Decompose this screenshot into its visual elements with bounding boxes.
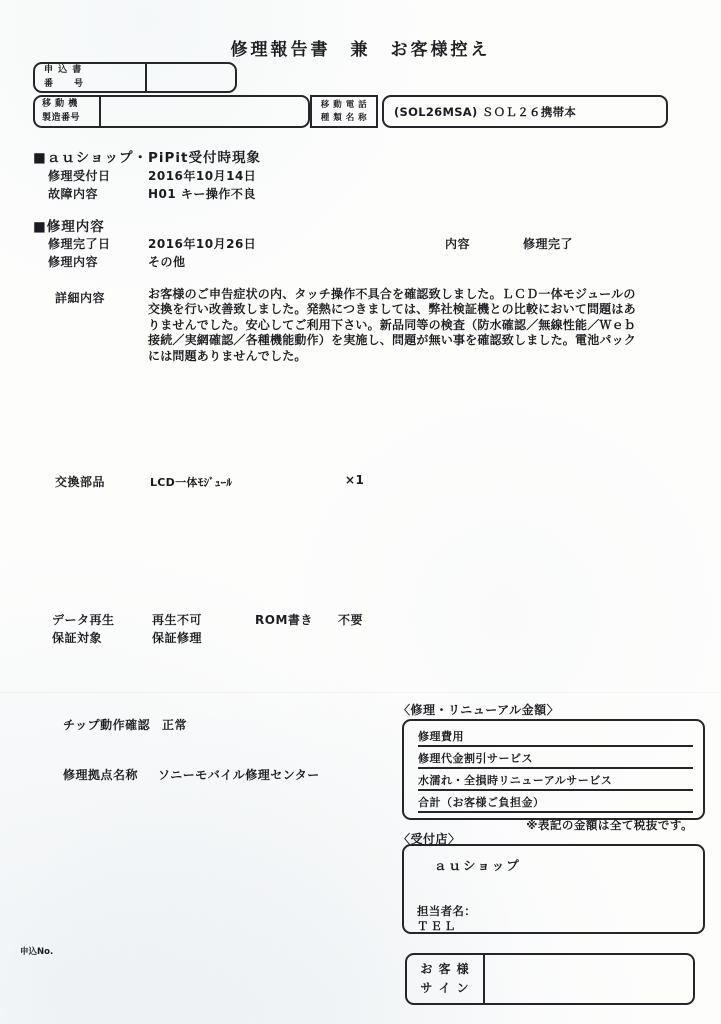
fee-row-label: 修理代金割引サービス [418,747,693,769]
reception-date-label: 修理受付日 [48,167,111,184]
detail-text: お客様のご申告症状の内、タッチ操作不具合を確認致しました。ＬＣＤ一体モジュールの… [148,287,710,364]
section-heading-reception: ■ａｕショップ・PiPit受付時現象 [33,146,261,166]
repair-type-label: 修理内容 [48,253,98,270]
repair-done-value: 2016年10月26日 [148,235,256,252]
phone-type-box: (SOL26MSA) ＳＯＬ２６携帯本 [382,95,668,128]
application-number-label-cell: 申 込 書 番 号 [35,64,147,91]
shop-name: ａｕショップ [434,856,521,874]
application-number-box: 申 込 書 番 号 [33,62,237,93]
chip-check-label: チップ動作確認 [63,716,150,733]
reception-date-value: 2016年10月14日 [148,167,256,184]
parts-name: LCD一体ﾓｼﾞｭｰﾙ [150,474,232,490]
phone-type-label-cell: 移 動 電 話 種 類 名 称 [310,95,378,128]
shop-tel-label: ＴＥＬ [417,918,458,934]
repair-type-value: その他 [148,253,186,270]
customer-sign-label-cell: お 客 様 サ イ ン [407,955,485,1003]
application-number-value [147,64,235,91]
fee-row-label: 合計（お客様ご負担金） [418,791,693,813]
device-serial-box: 移 動 機 製造番号 [33,95,310,128]
fault-value: H01 キー操作不良 [148,185,256,202]
fee-box: 修理費用 修理代金割引サービス 水濡れ・全損時リニューアルサービス 合計（お客様… [402,719,705,820]
device-serial-label-cell: 移 動 機 製造番号 [35,97,101,126]
shop-box: ａｕショップ 担当者名： ＴＥＬ [402,844,705,934]
parts-label: 交換部品 [55,473,105,490]
repair-done-label: 修理完了日 [48,235,111,252]
repair-center-label: 修理拠点名称 [63,766,138,783]
fee-row-label: 水濡れ・全損時リニューアルサービス [418,769,693,791]
rom-write-value: 不要 [338,611,363,628]
fee-row-label: 修理費用 [418,725,693,747]
parts-qty: ×1 [345,473,364,487]
detail-label: 詳細内容 [55,289,105,306]
warranty-label: 保証対象 [52,629,102,646]
customer-sign-box: お 客 様 サ イ ン [405,953,695,1005]
shop-staff-label: 担当者名： [417,903,476,919]
repair-status-value: 修理完了 [523,235,573,252]
repair-status-label: 内容 [445,235,470,252]
page-title: 修理報告書 兼 お客様控え [0,35,721,60]
device-serial-value [101,97,308,126]
scan-crease-line [0,692,721,693]
customer-sign-area [485,955,693,1003]
application-number-label: 申 込 書 番 号 [44,64,84,90]
data-restore-value: 再生不可 [152,611,202,628]
rom-write-label: ROM書き [255,611,313,628]
application-no-footer: 申込No. [20,945,53,957]
section-heading-repair: ■修理内容 [33,215,105,235]
fee-heading: 〈修理・リニューアル金額〉 [398,701,559,718]
phone-type-value: (SOL26MSA) ＳＯＬ２６携帯本 [384,104,576,120]
warranty-value: 保証修理 [152,629,202,646]
fault-label: 故障内容 [48,185,98,202]
repair-center-value: ソニーモバイル修理センター [158,766,320,783]
phone-type-label: 移 動 電 話 種 類 名 称 [321,99,367,124]
customer-sign-label: お 客 様 サ イ ン [420,960,469,997]
data-restore-label: データ再生 [52,611,115,628]
device-serial-label: 移 動 機 製造番号 [42,98,80,124]
chip-check-value: 正常 [162,716,187,733]
